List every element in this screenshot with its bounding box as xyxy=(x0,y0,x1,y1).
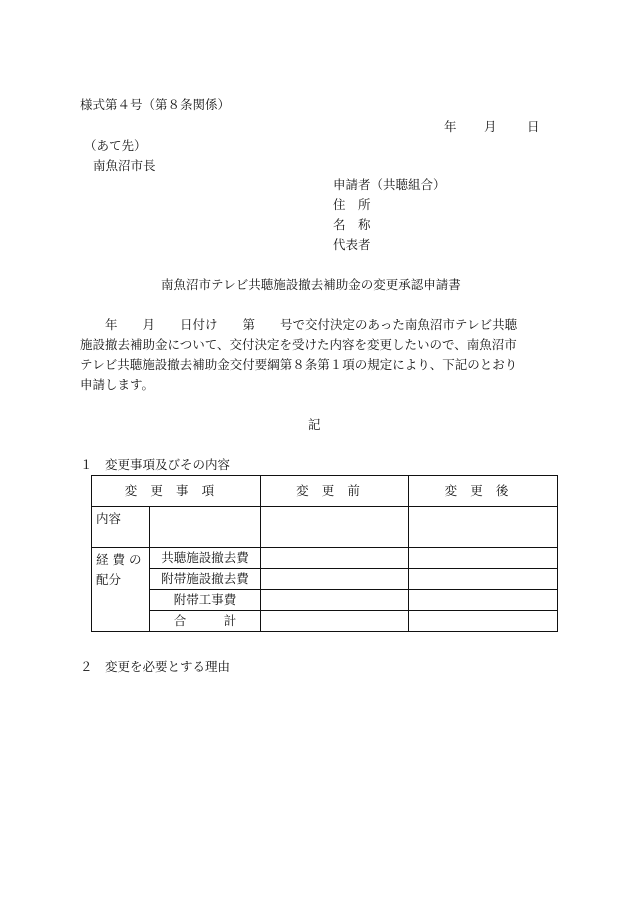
cost-before-cell[interactable] xyxy=(261,548,409,569)
section-2-heading: ２ 変更を必要とする理由 xyxy=(80,659,230,675)
content-label: 内容 xyxy=(92,507,150,548)
applicant-address-label: 住 所 xyxy=(333,197,371,213)
date-month-label: 月 xyxy=(484,119,497,135)
addressee-prefix: （あて先） xyxy=(84,138,147,154)
total-label: 合 計 xyxy=(150,611,261,632)
cost-item-label: 附帯工事費 xyxy=(150,590,261,611)
table-row-cost-1: 経 費 の 配分 共聴施設撤去費 xyxy=(92,548,558,569)
body-line-4: 申請します。 xyxy=(80,377,154,393)
cost-item-label: 共聴施設撤去費 xyxy=(150,548,261,569)
change-items-table: 変更事項 変更前 変更後 内容 経 費 の 配分 共聴施設撤去費 附帯施設撤去費… xyxy=(91,475,558,632)
cost-allocation-label-line2: 配分 xyxy=(96,572,145,588)
cost-before-cell[interactable] xyxy=(261,569,409,590)
ki-heading: 記 xyxy=(308,417,321,433)
addressee-name: 南魚沼市長 xyxy=(93,158,156,174)
total-after-cell[interactable] xyxy=(409,611,558,632)
applicant-name-label: 名 称 xyxy=(333,217,371,233)
table-row-content: 内容 xyxy=(92,507,558,548)
content-after-cell[interactable] xyxy=(409,507,558,548)
cost-after-cell[interactable] xyxy=(409,590,558,611)
content-detail-cell[interactable] xyxy=(150,507,261,548)
cost-allocation-label: 経 費 の 配分 xyxy=(92,548,150,632)
form-number: 様式第４号（第８条関係） xyxy=(80,97,230,113)
table-header-row: 変更事項 変更前 変更後 xyxy=(92,476,558,507)
header-before-change: 変更前 xyxy=(261,476,409,507)
date-year-label: 年 xyxy=(444,119,457,135)
header-after-change: 変更後 xyxy=(409,476,558,507)
cost-item-label: 附帯施設撤去費 xyxy=(150,569,261,590)
table-row-cost-2: 附帯施設撤去費 xyxy=(92,569,558,590)
content-before-cell[interactable] xyxy=(261,507,409,548)
table-row-total: 合 計 xyxy=(92,611,558,632)
cost-before-cell[interactable] xyxy=(261,590,409,611)
body-line-2: 施設撤去補助金について、交付決定を受けた内容を変更したいので、南魚沼市 xyxy=(80,337,517,353)
table-row-cost-3: 附帯工事費 xyxy=(92,590,558,611)
applicant-heading: 申請者（共聴組合） xyxy=(333,177,446,193)
header-change-item: 変更事項 xyxy=(92,476,261,507)
cost-after-cell[interactable] xyxy=(409,548,558,569)
section-1-heading: １ 変更事項及びその内容 xyxy=(80,457,230,473)
document-title: 南魚沼市テレビ共聴施設撤去補助金の変更承認申請書 xyxy=(161,277,461,293)
date-day-label: 日 xyxy=(527,119,540,135)
cost-allocation-label-line1: 経 費 の xyxy=(96,552,145,568)
body-line-1: 年 月 日付け 第 号で交付決定のあった南魚沼市テレビ共聴 xyxy=(80,317,517,333)
body-line-3: テレビ共聴施設撤去補助金交付要綱第８条第１項の規定により、下記のとおり xyxy=(80,357,517,373)
cost-after-cell[interactable] xyxy=(409,569,558,590)
total-before-cell[interactable] xyxy=(261,611,409,632)
applicant-representative-label: 代表者 xyxy=(333,237,371,253)
